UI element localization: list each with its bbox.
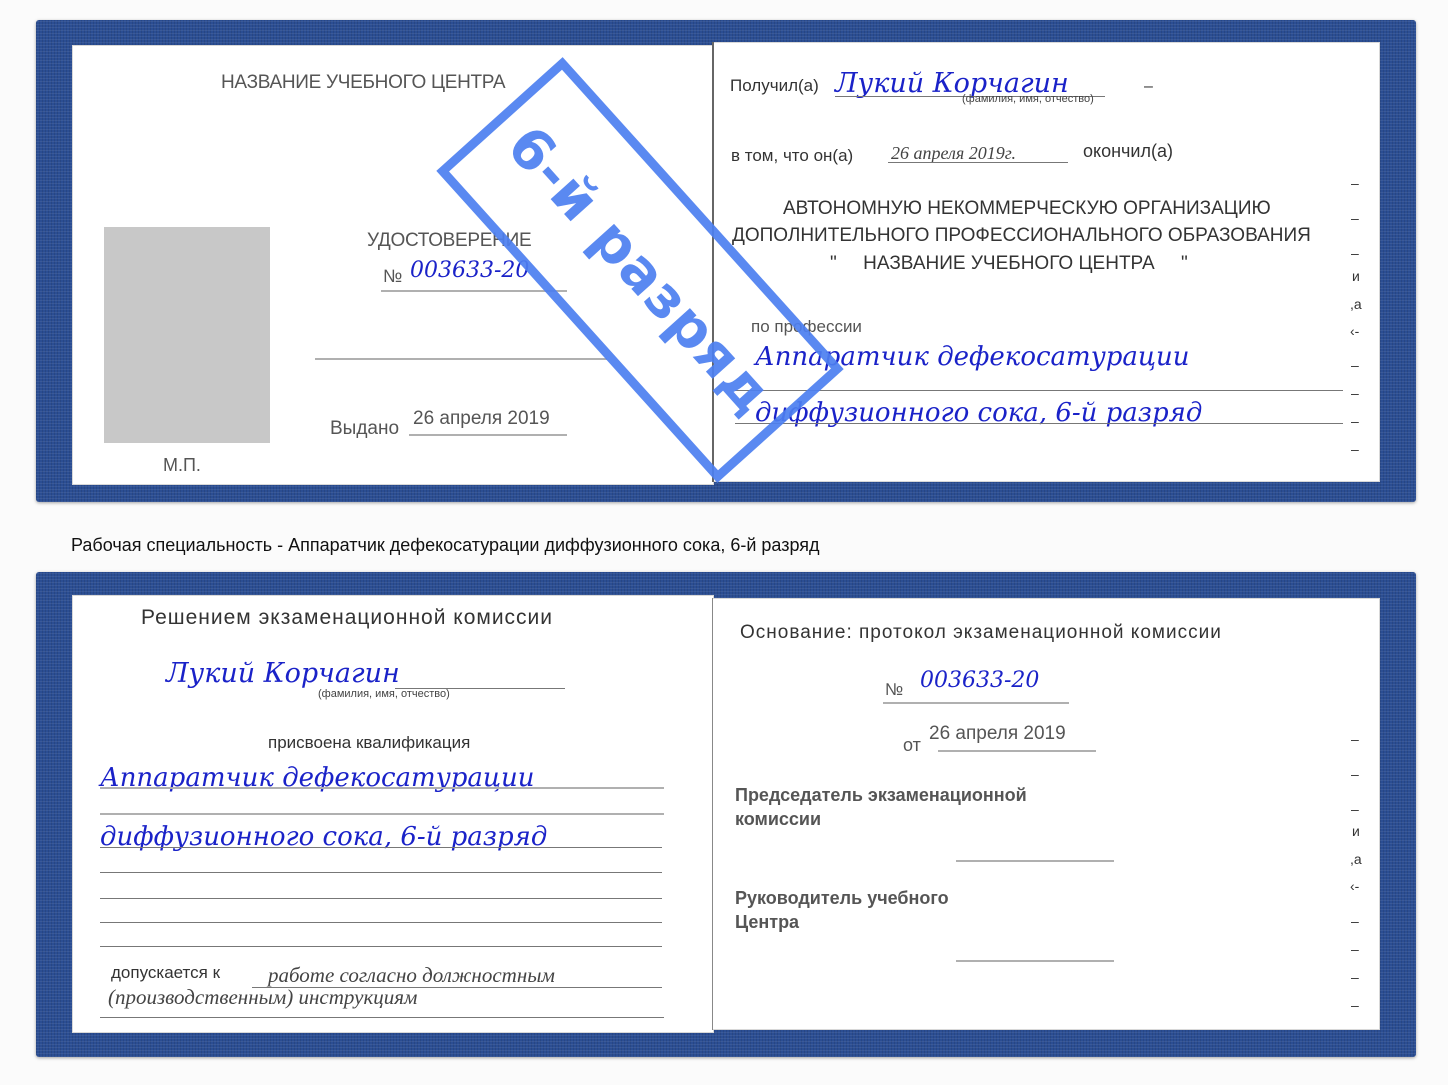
finished-label: окончил(а) bbox=[1083, 141, 1173, 162]
head-signature-line bbox=[956, 960, 1114, 962]
protocol-number-underline bbox=[883, 702, 1069, 704]
blank-line bbox=[315, 358, 607, 360]
margin-mark: – bbox=[1351, 969, 1359, 985]
org-line-2: ДОПОЛНИТЕЛЬНОГО ПРОФЕССИОНАЛЬНОГО ОБРАЗО… bbox=[732, 225, 1311, 247]
profession-underline-2 bbox=[735, 423, 1343, 424]
back-spine bbox=[712, 598, 713, 1030]
margin-mark: – bbox=[1351, 913, 1359, 929]
margin-mark: ‹- bbox=[1350, 878, 1359, 894]
issued-date-underline bbox=[409, 434, 567, 436]
margin-mark: ‹- bbox=[1350, 323, 1359, 339]
blank-row bbox=[100, 946, 662, 947]
head-line-1: Руководитель учебного bbox=[735, 888, 949, 909]
received-label: Получил(а) bbox=[730, 76, 819, 96]
dash-mark: – bbox=[1144, 78, 1153, 96]
margin-mark: – bbox=[1351, 210, 1359, 226]
blank-row bbox=[100, 872, 662, 873]
margin-mark: – bbox=[1351, 385, 1359, 401]
org-line-3: " НАЗВАНИЕ УЧЕБНОГО ЦЕНТРА " bbox=[830, 253, 1188, 275]
number-underline bbox=[381, 290, 567, 292]
photo-placeholder bbox=[104, 227, 270, 443]
completion-date: 26 апреля 2019г. bbox=[891, 143, 1016, 164]
margin-mark: ,а bbox=[1350, 296, 1362, 312]
margin-mark: – bbox=[1351, 441, 1359, 457]
blank-row bbox=[100, 898, 662, 899]
qualification-underline-2 bbox=[100, 813, 664, 815]
back-name-hint: (фамилия, имя, отчество) bbox=[318, 688, 450, 700]
name-hint: (фамилия, имя, отчество) bbox=[962, 93, 1094, 105]
number-prefix: № bbox=[383, 266, 402, 287]
org-line-1: АВТОНОМНУЮ НЕКОММЕРЧЕСКУЮ ОРГАНИЗАЦИЮ bbox=[783, 198, 1271, 220]
caption: Рабочая специальность - Аппаратчик дефек… bbox=[71, 535, 820, 556]
margin-mark: – bbox=[1351, 731, 1359, 747]
issued-date: 26 апреля 2019 bbox=[413, 408, 550, 430]
head-line-2: Центра bbox=[735, 912, 799, 933]
seal-label: М.П. bbox=[163, 455, 201, 476]
margin-mark: ,а bbox=[1350, 851, 1362, 867]
that-label: в том, что он(а) bbox=[731, 146, 853, 166]
blank-row bbox=[100, 922, 662, 923]
margin-mark: и bbox=[1352, 268, 1360, 284]
chairman-line-1: Председатель экзаменационной bbox=[735, 785, 1027, 806]
profession-underline-1 bbox=[735, 390, 1343, 391]
blank-row bbox=[100, 847, 662, 848]
certificate-number: 003633-20 bbox=[410, 258, 529, 283]
margin-mark: – bbox=[1351, 357, 1359, 373]
chairman-signature-line bbox=[956, 860, 1114, 862]
margin-mark: и bbox=[1352, 823, 1360, 839]
margin-mark: – bbox=[1351, 413, 1359, 429]
decision-label: Решением экзаменационной комиссии bbox=[141, 606, 553, 630]
margin-mark: – bbox=[1351, 175, 1359, 191]
protocol-number-prefix: № bbox=[885, 680, 903, 700]
issued-label: Выдано bbox=[330, 418, 399, 440]
margin-mark: – bbox=[1351, 245, 1359, 261]
front-org-name: НАЗВАНИЕ УЧЕБНОГО ЦЕНТРА bbox=[221, 72, 505, 94]
margin-mark: – bbox=[1351, 801, 1359, 817]
admitted-line-2: (производственным) инструкциям bbox=[108, 985, 417, 1010]
back-holder-name: Лукий Корчагин bbox=[166, 658, 400, 689]
protocol-date-underline bbox=[938, 750, 1096, 752]
protocol-number: 003633-20 bbox=[920, 668, 1039, 693]
margin-mark: – bbox=[1351, 941, 1359, 957]
protocol-date: 26 апреля 2019 bbox=[929, 723, 1066, 745]
date-prefix: от bbox=[903, 735, 921, 756]
qualification-underline-1 bbox=[100, 787, 664, 789]
chairman-line-2: комиссии bbox=[735, 809, 821, 830]
admitted-underline-2 bbox=[100, 1017, 664, 1018]
basis-label: Основание: протокол экзаменационной коми… bbox=[740, 622, 1222, 644]
qualification-label: присвоена квалификация bbox=[268, 733, 470, 753]
margin-mark: – bbox=[1351, 997, 1359, 1013]
admitted-label: допускается к bbox=[111, 963, 220, 983]
completion-date-underline bbox=[888, 162, 1068, 163]
margin-mark: – bbox=[1351, 766, 1359, 782]
